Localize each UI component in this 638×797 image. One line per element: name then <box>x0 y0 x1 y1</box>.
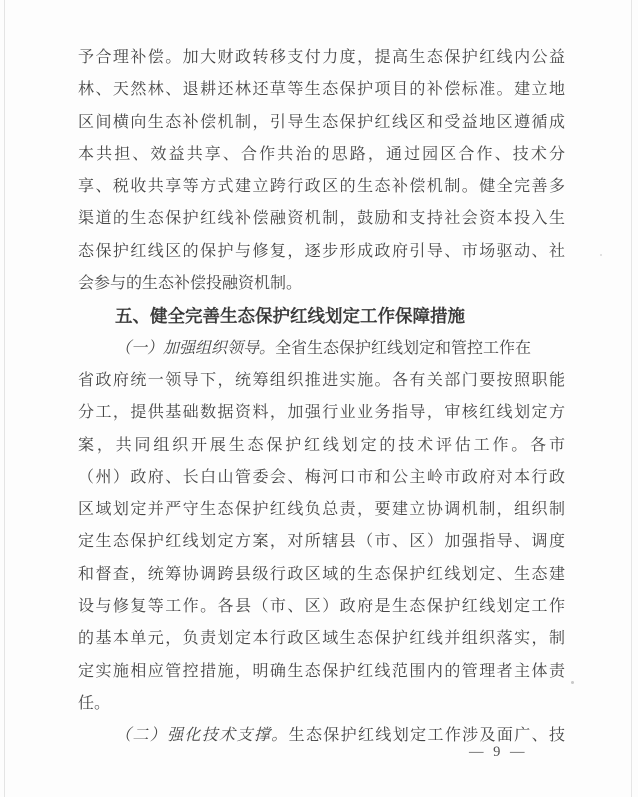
scan-speck <box>600 254 602 256</box>
text-line: 省政府统一领导下，统筹组织推进实施。各有关部门要按照职能 <box>78 365 565 397</box>
text-line: 区域划定并严守生态保护红线负总责，要建立协调机制，组织制 <box>78 494 565 526</box>
scanned-document-page: 予合理补偿。加大财政转移支付力度，提高生态保护红线内公益林、天然林、退耕还林还草… <box>0 0 638 797</box>
text-line: 任。 <box>78 688 565 720</box>
paragraph-first-line-rest: 生态保护红线划定工作涉及面广、技 <box>289 727 565 744</box>
page-number: — 9 — <box>469 744 528 761</box>
scan-edge-right <box>631 0 632 797</box>
text-line: 享、税收共享等方式建立跨行政区的生态补偿机制。健全完善多 <box>78 171 565 203</box>
text-line: （一）加强组织领导。全省生态保护红线划定和管控工作在 <box>78 333 565 365</box>
text-line: （州）政府、长白山管委会、梅河口市和公主岭市政府对本行政 <box>78 462 565 494</box>
paragraph-ecological-compensation: 予合理补偿。加大财政转移支付力度，提高生态保护红线内公益林、天然林、退耕还林还草… <box>78 42 565 300</box>
text-line: 定生态保护红线划定方案，对所辖县（市、区）加强指导、调度 <box>78 526 565 558</box>
paragraph-strengthen-organization: （一）加强组织领导。全省生态保护红线划定和管控工作在 <box>78 333 565 365</box>
paragraph-lead-label: （一）加强组织领导。 <box>115 340 275 357</box>
paragraph-first-line-rest: 全省生态保护红线划定和管控工作在 <box>275 340 531 357</box>
text-line: 设与修复等工作。各县（市、区）政府是生态保护红线划定工作 <box>78 591 565 623</box>
text-line: 态保护红线区的保护与修复，逐步形成政府引导、市场驱动、社 <box>78 236 565 268</box>
text-line: 渠道的生态保护红线补偿融资机制，鼓励和支持社会资本投入生 <box>78 203 565 235</box>
paragraph-lead-label: （二）强化技术支撑。 <box>115 727 289 744</box>
section-heading: 五、健全完善生态保护红线划定工作保障措施 <box>78 300 565 332</box>
text-line: 的基本单元，负责划定本行政区域生态保护红线并组织落实，制 <box>78 623 565 655</box>
text-line: 区间横向生态补偿机制，引导生态保护红线区和受益地区遵循成 <box>78 107 565 139</box>
scan-edge-left <box>4 0 5 797</box>
paragraph-strengthen-organization-body: 省政府统一领导下，统筹组织推进实施。各有关部门要按照职能分工，提供基础数据资料，… <box>78 365 565 720</box>
text-line: 案，共同组织开展生态保护红线划定的技术评估工作。各市 <box>78 430 565 462</box>
text-line: 会参与的生态补偿投融资机制。 <box>78 268 565 300</box>
text-line: 分工，提供基础数据资料，加强行业业务指导，审核红线划定方 <box>78 397 565 429</box>
document-body: 予合理补偿。加大财政转移支付力度，提高生态保护红线内公益林、天然林、退耕还林还草… <box>78 42 565 753</box>
text-line: 本共担、效益共享、合作共治的思路，通过园区合作、技术分 <box>78 139 565 171</box>
text-line: 定实施相应管控措施，明确生态保护红线范围内的管理者主体责 <box>78 656 565 688</box>
text-line: 林、天然林、退耕还林还草等生态保护项目的补偿标准。建立地 <box>78 74 565 106</box>
scan-speck <box>571 681 574 684</box>
text-line: 予合理补偿。加大财政转移支付力度，提高生态保护红线内公益 <box>78 42 565 74</box>
text-line: 和督查，统筹协调跨县级行政区域的生态保护红线划定、生态建 <box>78 559 565 591</box>
